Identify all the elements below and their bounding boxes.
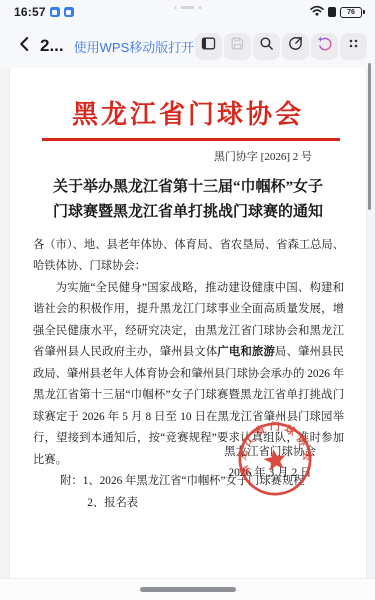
battery-percent: 76 — [340, 7, 362, 18]
sidebar-view-icon — [200, 35, 217, 57]
phone-screen: 16:57 76 — [0, 0, 375, 600]
chevron-left-icon — [16, 35, 34, 58]
notice-heading-line2: 门球赛暨黑龙江省单打挑战门球赛的通知 — [10, 200, 366, 225]
document-number: 黑门协字 [2026] 2 号 — [10, 148, 366, 164]
document-page: 黑龙江省门球协会 黑门协字 [2026] 2 号 关于举办黑龙江省第十三届“巾帼… — [10, 68, 366, 578]
search-icon — [258, 35, 275, 57]
seal-star-icon — [262, 447, 288, 472]
home-indicator[interactable] — [140, 587, 236, 592]
scrollbar-thumb[interactable] — [368, 63, 371, 210]
save-button[interactable] — [224, 33, 251, 60]
save-icon — [229, 35, 246, 57]
status-mode-icon — [328, 7, 336, 17]
document-viewer: 黑龙江省门球协会 黑门协字 [2026] 2 号 关于举办黑龙江省第十三届“巾帼… — [0, 68, 375, 578]
camera-cutout — [174, 6, 201, 9]
open-with-wps-link[interactable]: 使用WPS移动版打开 — [74, 37, 195, 56]
paragraph-bold-segment: 广电和旅游 — [217, 346, 275, 358]
status-bar: 16:57 76 — [0, 0, 375, 24]
notice-heading-line1: 关于举办黑龙江省第十三届“巾帼杯”女子 — [10, 175, 366, 200]
document-title: 2... — [40, 36, 64, 56]
clock: 16:57 — [14, 5, 46, 19]
status-left: 16:57 — [14, 5, 74, 19]
toolbar-actions — [195, 33, 367, 60]
wifi-icon — [310, 3, 324, 21]
toolbar: 2... 使用WPS移动版打开 — [0, 24, 375, 68]
ai-assistant-button[interactable] — [311, 33, 338, 60]
share-button[interactable] — [282, 33, 309, 60]
ai-sparkle-icon — [316, 35, 333, 57]
more-menu-button[interactable] — [340, 33, 367, 60]
search-button[interactable] — [253, 33, 280, 60]
battery-nub — [363, 10, 365, 14]
notification-app-icon — [50, 7, 60, 17]
header-rule — [42, 138, 340, 141]
attachment-line-2: 2、报名表 — [33, 493, 344, 515]
official-seal: 黑龙江省门球协会 — [230, 414, 320, 504]
battery-indicator: 76 — [340, 7, 365, 18]
salutation: 各（市）、地、县老年体协、体育局、省农垦局、省森工总局、哈铁体协、门球协会： — [33, 235, 344, 278]
notice-heading: 关于举办黑龙江省第十三届“巾帼杯”女子 门球赛暨黑龙江省单打挑战门球赛的通知 — [10, 175, 366, 225]
more-dots-icon — [346, 36, 361, 56]
bottom-bar — [0, 578, 375, 600]
document-header-title: 黑龙江省门球协会 — [10, 94, 366, 131]
share-arrow-icon — [287, 35, 304, 57]
notification-app-icon-2 — [64, 7, 74, 17]
sidebar-view-button[interactable] — [195, 33, 222, 60]
status-right: 76 — [310, 3, 365, 21]
back-button[interactable] — [12, 33, 38, 59]
